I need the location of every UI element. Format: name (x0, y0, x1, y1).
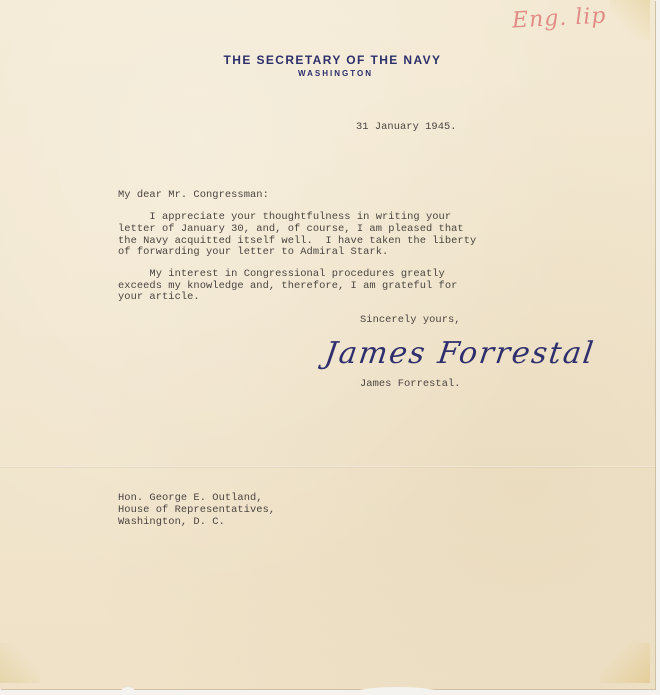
address-line: Washington, D. C. (118, 517, 225, 529)
paper-corner-stain (610, 0, 650, 40)
letterhead-title: THE SECRETARY OF THE NAVY (5, 53, 660, 67)
letter-paper: Eng. lip THE SECRETARY OF THE NAVY WASHI… (0, 0, 655, 689)
body-line: your article. (118, 292, 200, 304)
body-line: My interest in Congressional procedures … (118, 269, 445, 281)
handwritten-annotation: Eng. lip (511, 4, 607, 34)
paper-fold-line (0, 466, 655, 468)
handwritten-signature: James Forrestal (323, 336, 598, 371)
paper-tear (120, 687, 136, 695)
body-line: letter of January 30, and, of course, I … (118, 224, 464, 236)
closing: Sincerely yours, (360, 315, 461, 327)
letter-date: 31 January 1945. (356, 122, 457, 134)
body-line: I appreciate your thoughtfulness in writ… (118, 212, 451, 224)
address-line: Hon. George E. Outland, (118, 493, 263, 505)
typed-signature-name: James Forrestal. (360, 379, 461, 391)
body-line: of forwarding your letter to Admiral Sta… (118, 247, 388, 259)
address-line: House of Representatives, (118, 505, 275, 517)
paper-corner-stain (600, 643, 650, 683)
paper-tear (352, 687, 442, 695)
salutation: My dear Mr. Congressman: (118, 190, 269, 202)
paper-corner-stain (0, 643, 40, 683)
letterhead-city: WASHINGTON (8, 69, 660, 78)
